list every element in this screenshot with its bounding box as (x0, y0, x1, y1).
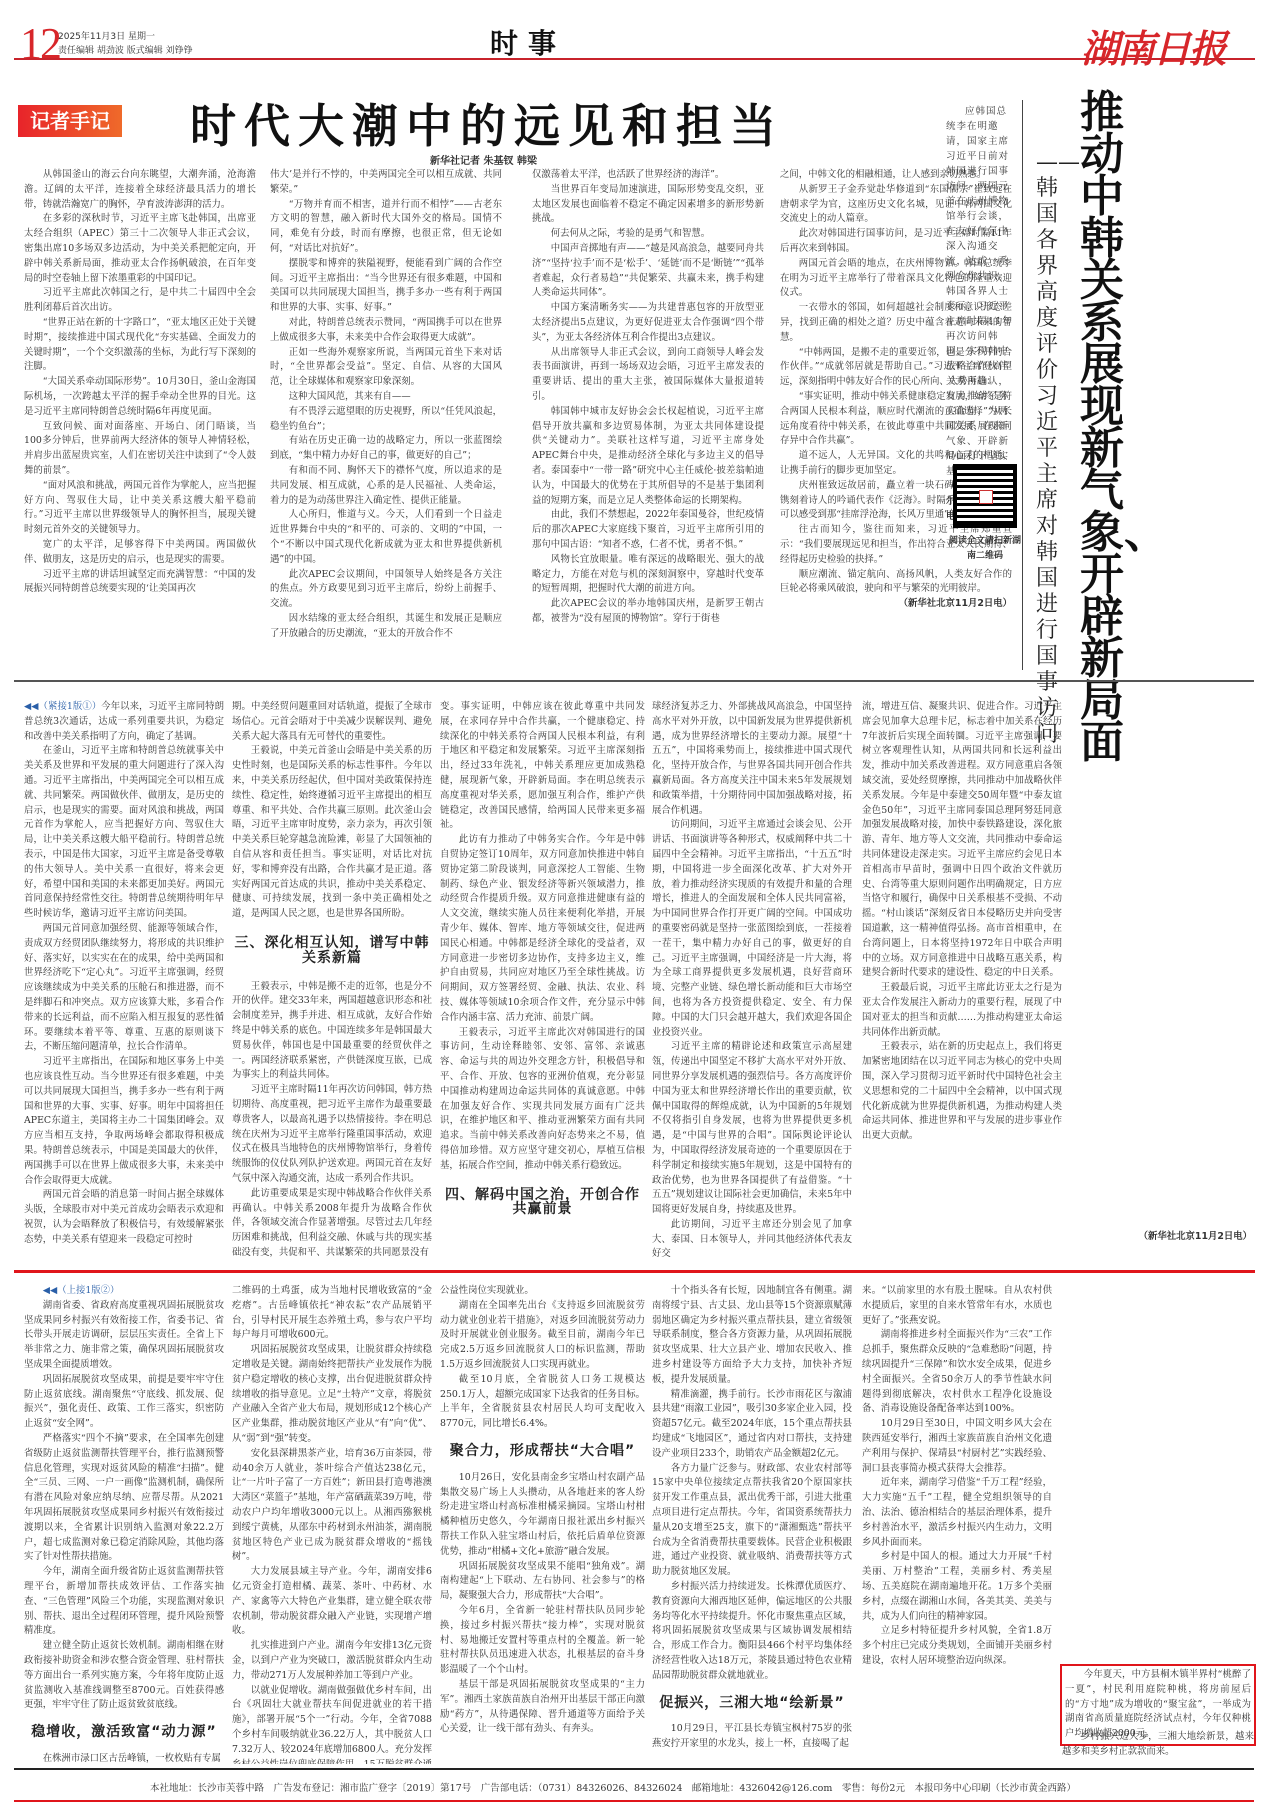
issue-date: 2025年11月3日 星期一 (58, 30, 193, 44)
newspaper-logo: 湖南日报 (1081, 18, 1225, 73)
paragraph: “大国关系牵动国际形势”。10月30日，釜山金海国际机场，一次跨越太平洋的握手牵… (24, 375, 256, 419)
lead-byline: 新华社记者 朱基钗 韩梁 (430, 152, 537, 167)
paragraph: 安化县深耕黑茶产业，培育36万亩茶园，带动40余万人就业，茶叶综合产值达238亿… (232, 1447, 432, 1565)
subhead-section3: 三、深化相互认知，谱写中韩关系新篇 (232, 936, 432, 966)
paragraph: 此次APEC会议期间，中国领导人始终是各方关注的焦点。外方政要见到习近平主席后，… (270, 568, 502, 612)
subhead-revitalize: 促振兴，三湘大地“绘新景” (652, 1696, 852, 1711)
paragraph: 何去何从之际，考验的是勇气和智慧。 (532, 227, 764, 242)
jump-label[interactable]: ◀◀（上接1版②） (24, 1284, 224, 1299)
paragraph: 建立健全防止返贫长效机制。湖南相继在财政衔接补助资金和涉农整合资金管理、驻村帮扶… (24, 1639, 224, 1713)
paragraph: 今年，湖南全面升级省防止返贫监测帮扶管理平台，新增加帮扶成效评估、工作落实抽查、… (24, 1565, 224, 1639)
paragraph: 立足乡村特征提升乡村风貌，全省1.8万多个村庄已完成分类规划，全面铺开美丽乡村建… (862, 1624, 1052, 1668)
reporter-notes-tag: 记者手记 (18, 105, 122, 137)
paragraph: 由此，我们不禁想起，2022年泰国曼谷，世纪疫情后的那次APEC大家庭线下聚首，… (532, 508, 764, 552)
paragraph: 变。事实证明，中韩应该在彼此尊重中共同发展，在求同存异中合作共赢，一个健康稳定、… (440, 700, 645, 833)
hunan-column-5: 来。“以前家里的水有股土腥味。自从农村供水提质后，家里的自来水管常年有水，水质也… (862, 1284, 1052, 1764)
paragraph: 王毅表示，习近平主席此次对韩国进行的国事访问，生动诠释睦邻、安邻、富邻、亲诚惠容… (440, 1026, 645, 1174)
qr-logo (979, 490, 993, 504)
paragraph: “万物并育而不相害，道并行而不相悖”——古老东方文明的智慧，融入新时代大国外交的… (270, 198, 502, 257)
paragraph: 十个指头各有长短，因地制宜各有侧重。湖南将绥宁县、古丈县、龙山县等15个资源禀赋… (652, 1284, 852, 1388)
paragraph: 湖南省委、省政府高度重视巩固拓展脱贫攻坚成果同乡村振兴有效衔接工作，省委书记、省… (24, 1299, 224, 1373)
paragraph: 当世界百年变局加速演进，国际形势变乱交织，亚太地区发展也面临着不稳定不确定因素增… (532, 183, 764, 227)
jump-label[interactable]: ◀◀（紧接1版①） (24, 701, 101, 712)
qr-code-icon[interactable] (953, 464, 1017, 528)
header-rule (14, 58, 1255, 60)
side-headline: 推动中韩关系展现新气象、开辟新局面 (1080, 92, 1132, 764)
paragraph: 以就业促增收。湖南做强做优乡村车间，出台《巩固壮大就业帮扶车间促进就业的若干措施… (232, 1684, 432, 1764)
paragraph: 从韩国釜山的海云台向东眺望，大潮奔涌，沧海澹澹。辽阔的太平洋，连接着全球经济最具… (24, 168, 256, 212)
paragraph: 正如一些海外观察家所说，当两国元首坐下来对话时，“全世界都会受益”。坚定、自信、… (270, 346, 502, 390)
paragraph: 各方力量广泛参与。财政部、农业农村部等15家中央单位接续定点帮扶我省20个原国家… (652, 1462, 852, 1580)
paragraph: 中国方案清晰务实——为共建普惠包容的开放型亚太经济提出5点建议，为更好促进亚太合… (532, 301, 764, 345)
paragraph: 严格落实“四个不摘”要求，在全国率先创建省级防止返贫监测帮扶管理平台，推行监测预… (24, 1432, 224, 1565)
paragraph: 对此，特朗普总统表示赞同，“两国携手可以在世界上做成很多大事，未来美中合作会取得… (270, 316, 502, 346)
side-summary: 应韩国总统李在明邀请，国家主席习近平日前对韩国进行国事访问。两国元首在庆州博物馆… (946, 104, 1016, 524)
paragraph: 截至10月底，全省脱贫人口务工规模达250.1万人，超额完成国家下达我省的任务目… (440, 1373, 645, 1432)
cont-column-5: 流，增进互信、凝聚共识、促进合作。习近平主席会见加拿大总理卡尼，标志着中加关系在… (862, 700, 1062, 1260)
lead-dateline: （新华社北京11月2日电） (780, 597, 1012, 612)
paragraph: 巩固拓展脱贫攻坚成果不能唱“独角戏”。湖南构建起“上下联动、左右协同、社会参与”… (440, 1560, 645, 1604)
paragraph: 公益性岗位实现就业。 (440, 1284, 645, 1299)
paragraph: 摆脱零和博弈的狭隘视野，便能看到广阔的合作空间。习近平主席指出：“当今世界还有很… (270, 257, 502, 316)
paragraph: 10月29日，平江县长寿镇宝枫村75岁的张燕安拧开家里的水龙头，接上一杯，直接喝… (652, 1722, 852, 1752)
lead-column-1: 从韩国釜山的海云台向东眺望，大潮奔涌，沧海澹澹。辽阔的太平洋，连接着全球经济最具… (24, 168, 256, 668)
paragraph: 精准滴灌，携手前行。长沙市雨花区与溆浦县共建“雨溆工业园”，吸引30多家企业入园… (652, 1388, 852, 1462)
paragraph: 习近平主席的精辟论述和政策宣示高屋建瓴，传递出中国坚定不移扩大高水平对外开放、同… (652, 1040, 852, 1218)
footer-info: 本社地址：长沙市芙蓉中路 广告发布登记：湘市监广登字〔2019〕第17号 广告部… (150, 1780, 1076, 1794)
paragraph: 在株洲市渌口区古岳峰镇，一枚枚贴有专属 (24, 1752, 224, 1764)
cont-column-4: 球经济复苏乏力、外部挑战风高浪急，中国坚持高水平对外开放，以中国新发展为世界提供… (652, 700, 852, 1260)
paragraph: 巩固拓展脱贫攻坚成果，让脱贫群众持续稳定增收是关键。湖南始终把帮扶产业发展作为脱… (232, 1343, 432, 1447)
paragraph: 此访期间，习近平主席还分别会见了加拿大、泰国、日本领导人，并同其他经济体代表友好… (652, 1218, 852, 1260)
paragraph: 顺应潮流、锚定航向、高扬风帆，人类友好合作的巨轮必将乘风破浪，驶向和平与繁荣的光… (780, 568, 1012, 598)
paragraph: 此访重要成果是实现中韩战略合作伙伴关系再确认。中韩关系2008年提升为战略合作伙… (232, 1187, 432, 1260)
side-subheadline: ——韩国各界高度评价习近平主席对韩国进行国事访问 (1036, 150, 1064, 748)
red-divider (14, 1270, 1255, 1273)
paragraph: 流，增进互信、凝聚共识、促进合作。习近平主席会见加拿大总理卡尼，标志着中加关系在… (862, 700, 1062, 981)
paragraph: 中国声音掷地有声——“越是风高浪急，越要同舟共济”“坚持‘拉手’而不是‘松手’、… (532, 242, 764, 301)
paragraph: 习近平主席时隔11年再次访问韩国，韩方热切期待、高度重视，把习近平主席作为最重要… (232, 1083, 432, 1187)
lead-headline: 时代大潮中的远见和担当 (190, 90, 784, 156)
paragraph: “面对风浪和挑战，两国元首作为掌舵人，应当把握好方向、驾驭住大局，让中美关系这艘… (24, 479, 256, 538)
cont-column-3: 变。事实证明，中韩应该在彼此尊重中共同发展，在求同存异中合作共赢，一个健康稳定、… (440, 700, 645, 1260)
paragraph: 因水结缘的亚太经合组织，其诞生和发展正是顺应了开放融合的历史潮流，“亚太的开放合… (270, 612, 502, 642)
lead-column-3: 仅激荡着太平洋，也活跃了世界经济的海洋”。 当世界百年变局加速演进，国际形势变乱… (532, 168, 764, 668)
paragraph: 习近平主席此次韩国之行，是中共二十届四中全会胜利闭幕后首次出访。 (24, 286, 256, 316)
paragraph: 来。“以前家里的水有股土腥味。自从农村供水提质后，家里的自来水管常年有水，水质也… (862, 1284, 1052, 1328)
closing-paragraph: 乡村振兴迈大步，三湘大地绘新景，越来越多和美乡村正款款而来。 (1062, 1730, 1254, 1760)
paragraph: 基层干部是巩固拓展脱贫攻坚成果的“主力军”。湘西土家族苗族自治州开出基层干部正向… (440, 1678, 645, 1737)
paragraph: 球经济复苏乏力、外部挑战风高浪急，中国坚持高水平对外开放，以中国新发展为世界提供… (652, 700, 852, 818)
paragraph: 有站在历史正确一边的战略定力，所以一张蓝图绘到底，“集中精力办好自己的事，做更好… (270, 434, 502, 464)
hunan-column-4: 十个指头各有长短，因地制宜各有侧重。湖南将绥宁县、古丈县、龙山县等15个资源禀赋… (652, 1284, 852, 1764)
paragraph: 期。中美经贸问题重回对话轨道，提振了全球市场信心。元首会晤对于中美减少误解误判、… (232, 700, 432, 744)
paragraph: 两国元首会晤的消息第一时间占据全球媒体头版，全球股市对中美元首成功会晤表示欢迎和… (24, 1188, 224, 1247)
paragraph: 此次APEC会议的举办地韩国庆州，是新罗王朝古都，被誉为“没有屋顶的博物馆”。穿… (532, 597, 764, 627)
cont-column-1: ◀◀（紧接1版①）今年以来，习近平主席同特朗普总统3次通话，达成一系列重要共识，… (24, 700, 224, 1260)
paragraph: 王毅表示，站在新的历史起点上，我们将更加紧密地团结在以习近平同志为核心的党中央周… (862, 1040, 1062, 1144)
paragraph: 有和而不同、胸怀天下的襟怀气度，所以追求的是共同发展、相互成就，心系的是人民福祉… (270, 464, 502, 508)
qr-caption: 阅读全文请扫新湖南二维码 (945, 534, 1025, 564)
hunan-column-2: 二维码的土鸡蛋，成为当地村民增收致富的“金疙瘩”。古岳峰镇依托“神农耘”农产品展… (232, 1284, 432, 1764)
paragraph: 宽广的太平洋，足够容得下中美两国。两国做伙伴、做朋友，这是历史的启示，也是现实的… (24, 538, 256, 568)
paragraph: 两国元首同意加强经贸、能源等领域合作，责成双方经贸团队继续努力，将形成的共识维护… (24, 922, 224, 1055)
hunan-column-3: 公益性岗位实现就业。 湖南在全国率先出台《支持返乡回流脱贫劳动力就业创业若干措施… (440, 1284, 645, 1764)
paragraph: 人心所归，惟道与义。今天，人们看到一个日益走近世界舞台中央的“和平的、可亲的、文… (270, 508, 502, 567)
paragraph: 乡村是中国人的根。通过大力开展“千村美丽、万村整治”工程，美丽乡村、秀美屋场、五… (862, 1550, 1052, 1624)
paragraph: 扎实推进到户产业。湖南今年安排13亿元资金，以到户产业为突破口，激活脱贫群众内生… (232, 1639, 432, 1683)
paragraph: 在釜山，习近平主席和特朗普总统就事关中美关系及世界和平发展的重大问题进行了深入沟… (24, 744, 224, 922)
paragraph: 湖南将推进乡村全面振兴作为“三农”工作总抓手，聚焦群众反映的“急难愁盼”问题，持… (862, 1328, 1052, 1417)
paragraph: 近年来，湖南学习借鉴“千万工程”经验，大力实施“五千”工程，健全党组织领导的自治… (862, 1476, 1052, 1550)
paragraph: 这种大国风范，其来有自—— (270, 390, 502, 405)
side-summary-text: 应韩国总统李在明邀请，国家主席习近平日前对韩国进行国事访问。两国元首在庆州博物馆… (946, 104, 1016, 479)
paragraph: 访问期间，习近平主席通过会谈会见、公开讲话、书面演讲等各种形式，权威阐释中共二十… (652, 818, 852, 1040)
paragraph: 习近平主席指出，在国际和地区事务上中美也应该良性互动。当今世界还有很多难题，中美… (24, 1055, 224, 1188)
paragraph: 10月29日至30日，中国文明乡风大会在陕西延安举行，湘西土家族苗族自治州文化遗… (862, 1417, 1052, 1476)
paragraph: 伟大’是并行不悖的，中美两国完全可以相互成就、共同繁荣。” (270, 168, 502, 198)
cont-dateline: （新华社北京11月2日电） (1066, 1230, 1252, 1245)
footer-rule (14, 1768, 1254, 1770)
paragraph: 今年6月，全省新一轮驻村帮扶队员同步轮换，接过乡村振兴帮扶“接力棒”，实现对脱贫… (440, 1604, 645, 1678)
paragraph: “世界正站在新的十字路口”，“亚太地区正处于关键时期”，接续推进中国式现代化“夯… (24, 316, 256, 375)
paragraph: 乡村振兴活力持续迸发。长株潭优质医疗、教育资源向大湘西地区延伸，偏远地区的公共服… (652, 1580, 852, 1684)
hunan-column-1: ◀◀（上接1版②） 湖南省委、省政府高度重视巩固拓展脱贫攻坚成果同乡村振兴有效衔… (24, 1284, 224, 1764)
paragraph: 仅激荡着太平洋，也活跃了世界经济的海洋”。 (532, 168, 764, 183)
paragraph: 韩国韩中城市友好协会会长权起植说，习近平主席倡导开放共赢和多边贸易体制，为亚太共… (532, 405, 764, 509)
section-title: 时事 (490, 22, 566, 62)
masthead-meta: 2025年11月3日 星期一 责任编辑 胡劲波 版式编辑 刘铮铮 (58, 30, 193, 58)
section-divider (14, 680, 1254, 682)
cont-column-2: 期。中美经贸问题重回对话轨道，提振了全球市场信心。元首会晤对于中美减少误解误判、… (232, 700, 432, 1260)
paragraph: 有不畏浮云遮望眼的历史视野，所以“任凭风浪起，稳坐钓鱼台”； (270, 405, 502, 435)
subhead-income: 稳增收，激活致富“动力源” (24, 1725, 224, 1740)
paragraph: 在多彩的深秋时节，习近平主席飞赴韩国，出席亚太经合组织（APEC）第三十二次领导… (24, 212, 256, 286)
paragraph: 二维码的土鸡蛋，成为当地村民增收致富的“金疙瘩”。古岳峰镇依托“神农耘”农产品展… (232, 1284, 432, 1343)
subhead-section4: 四、解码中国之治，开创合作共赢前景 (440, 1188, 645, 1218)
paragraph: 风物长宜放眼量。唯有深远的战略眼光、强大的战略定力，方能在对危与机的深刻洞察中，… (532, 553, 764, 597)
bottom-red-rule (14, 1800, 1254, 1802)
paragraph: 王毅说，中美元首釜山会晤是中美关系的历史性时刻，也是国际关系的标志性事件。今年以… (232, 744, 432, 922)
paragraph: 巩固拓展脱贫攻坚成果，前提是要牢牢守住防止返贫底线。湖南聚焦“守底线、抓发展、促… (24, 1373, 224, 1432)
paragraph: 乡村振兴迈大步，三湘大地绘新景，越来越多和美乡村正款款而来。 (1062, 1730, 1254, 1760)
paragraph: 互致问候、面对面落座、开场白、闭门晤谈，当100多分钟后，世界前两大经济体的领导… (24, 420, 256, 479)
paragraph: 从出席领导人非正式会议，到向工商领导人峰会发表书面演讲，再到一场场双边会晤，习近… (532, 346, 764, 405)
paragraph: 湖南在全国率先出台《支持返乡回流脱贫劳动力就业创业若干措施》，对返乡回流脱贫劳动… (440, 1299, 645, 1373)
paragraph: 王毅最后说，习近平主席此访亚太之行是为亚太合作发展注入新动力的重要行程，展现了中… (862, 981, 1062, 1040)
paragraph: 大力发展县域主导产业。今年，湖南安排6亿元资金打造柑橘、蔬菜、茶叶、中药材、水产… (232, 1565, 432, 1639)
paragraph: 王毅表示，中韩是搬不走的近邻，也是分不开的伙伴。建交33年来，两国超越意识形态和… (232, 980, 432, 1084)
paragraph: 10月26日，安化县南金乡宝塔山村农副产品集散交易广场上人头攒动，从各地赶来的客… (440, 1471, 645, 1560)
subhead-synergy: 聚合力，形成帮扶“大合唱” (440, 1444, 645, 1459)
lead-column-2: 伟大’是并行不悖的，中美两国完全可以相互成就、共同繁荣。” “万物并育而不相害，… (270, 168, 502, 668)
paragraph: ◀◀（紧接1版①）今年以来，习近平主席同特朗普总统3次通话，达成一系列重要共识，… (24, 700, 224, 744)
editors-credit: 责任编辑 胡劲波 版式编辑 刘铮铮 (58, 44, 193, 58)
paragraph: 此访有力推动了中韩务实合作。今年是中韩自贸协定签订10周年，双方同意加快推进中韩… (440, 833, 645, 1025)
side-divider (1022, 100, 1023, 670)
paragraph: 习近平主席的讲话坦诚坚定而充满智慧：“中国的发展振兴同特朗普总统要实现的‘让美国… (24, 568, 256, 598)
